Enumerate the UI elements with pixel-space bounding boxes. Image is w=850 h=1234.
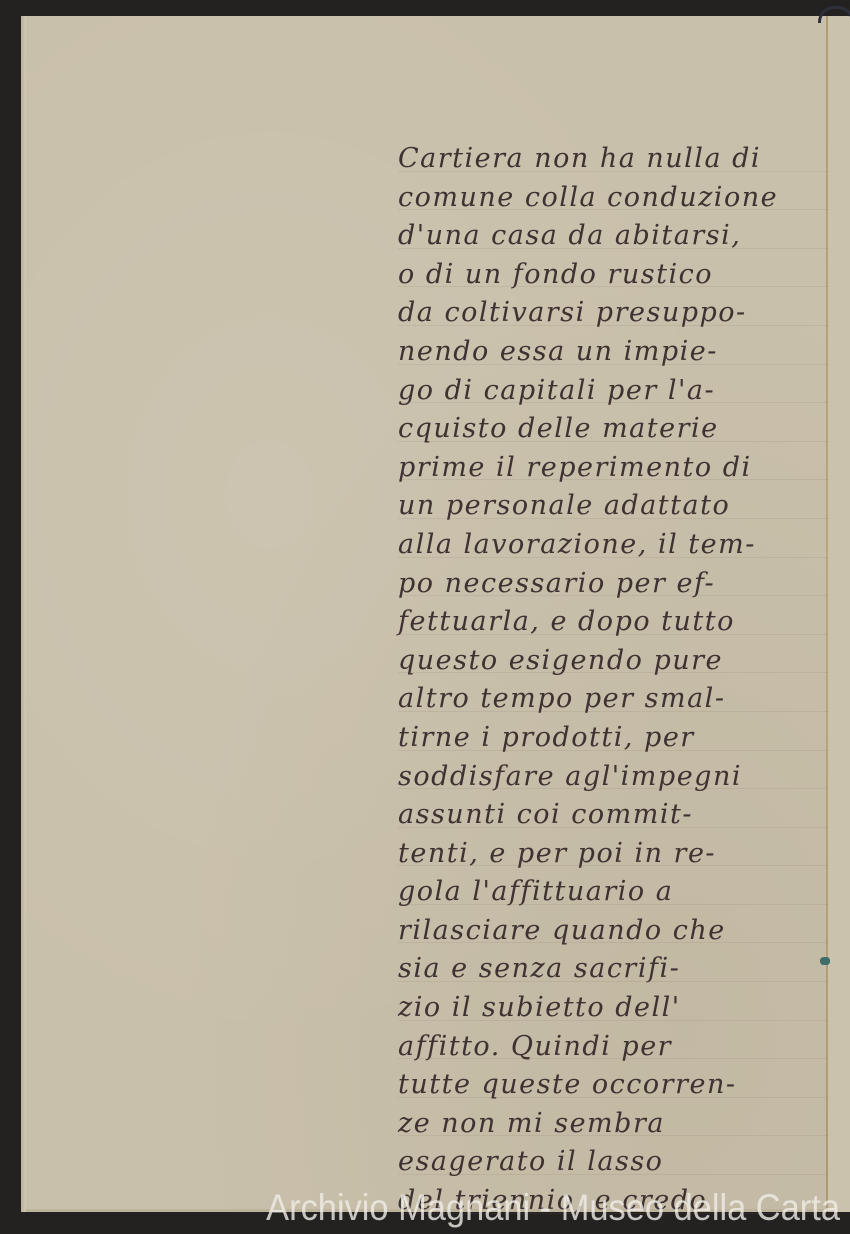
text-line: rilasciare quando che [398, 912, 828, 951]
text-line: tenti, e per poi in re- [398, 835, 828, 874]
text-line: assunti coi commit- [398, 796, 828, 835]
page-left-edge [21, 16, 26, 1212]
watermark-text: Archivio Magnani - Museo della Carta [266, 1186, 840, 1230]
text-line: prime il reperimento di [398, 449, 828, 488]
binding-thread-icon [818, 6, 850, 23]
text-line: tirne i prodotti, per [398, 719, 828, 758]
text-line: o di un fondo rustico [398, 256, 828, 295]
text-line: sia e senza sacrifi- [398, 950, 828, 989]
text-line: alla lavorazione, il tem- [398, 526, 828, 565]
text-line: fettuarla, e dopo tutto [398, 603, 828, 642]
text-line: nendo essa un impie- [398, 333, 828, 372]
text-line: po necessario per ef- [398, 565, 828, 604]
text-line: soddisfare agl'impegni [398, 758, 828, 797]
text-line: affitto. Quindi per [398, 1028, 828, 1067]
text-line: go di capitali per l'a- [398, 372, 828, 411]
text-line: esagerato il lasso [398, 1143, 828, 1182]
text-line: da coltivarsi presuppo- [398, 294, 828, 333]
text-line: un personale adattato [398, 487, 828, 526]
text-line: altro tempo per smal- [398, 680, 828, 719]
archive-watermark: Archivio Magnani - Museo della Carta [0, 1186, 850, 1230]
text-line: comune colla conduzione [398, 179, 828, 218]
text-line: tutte queste occorren- [398, 1066, 828, 1105]
text-line: d'una casa da abitarsi, [398, 217, 828, 256]
right-leaf-edge [828, 16, 850, 1212]
text-line: gola l'affittuario a [398, 873, 828, 912]
text-line: cquisto delle materie [398, 410, 828, 449]
handwritten-text: Cartiera non ha nulla di comune colla co… [398, 140, 828, 1221]
text-line: zio il subietto dell' [398, 989, 828, 1028]
text-line: ze non mi sembra [398, 1105, 828, 1144]
text-line: questo esigendo pure [398, 642, 828, 681]
text-line: Cartiera non ha nulla di [398, 140, 828, 179]
